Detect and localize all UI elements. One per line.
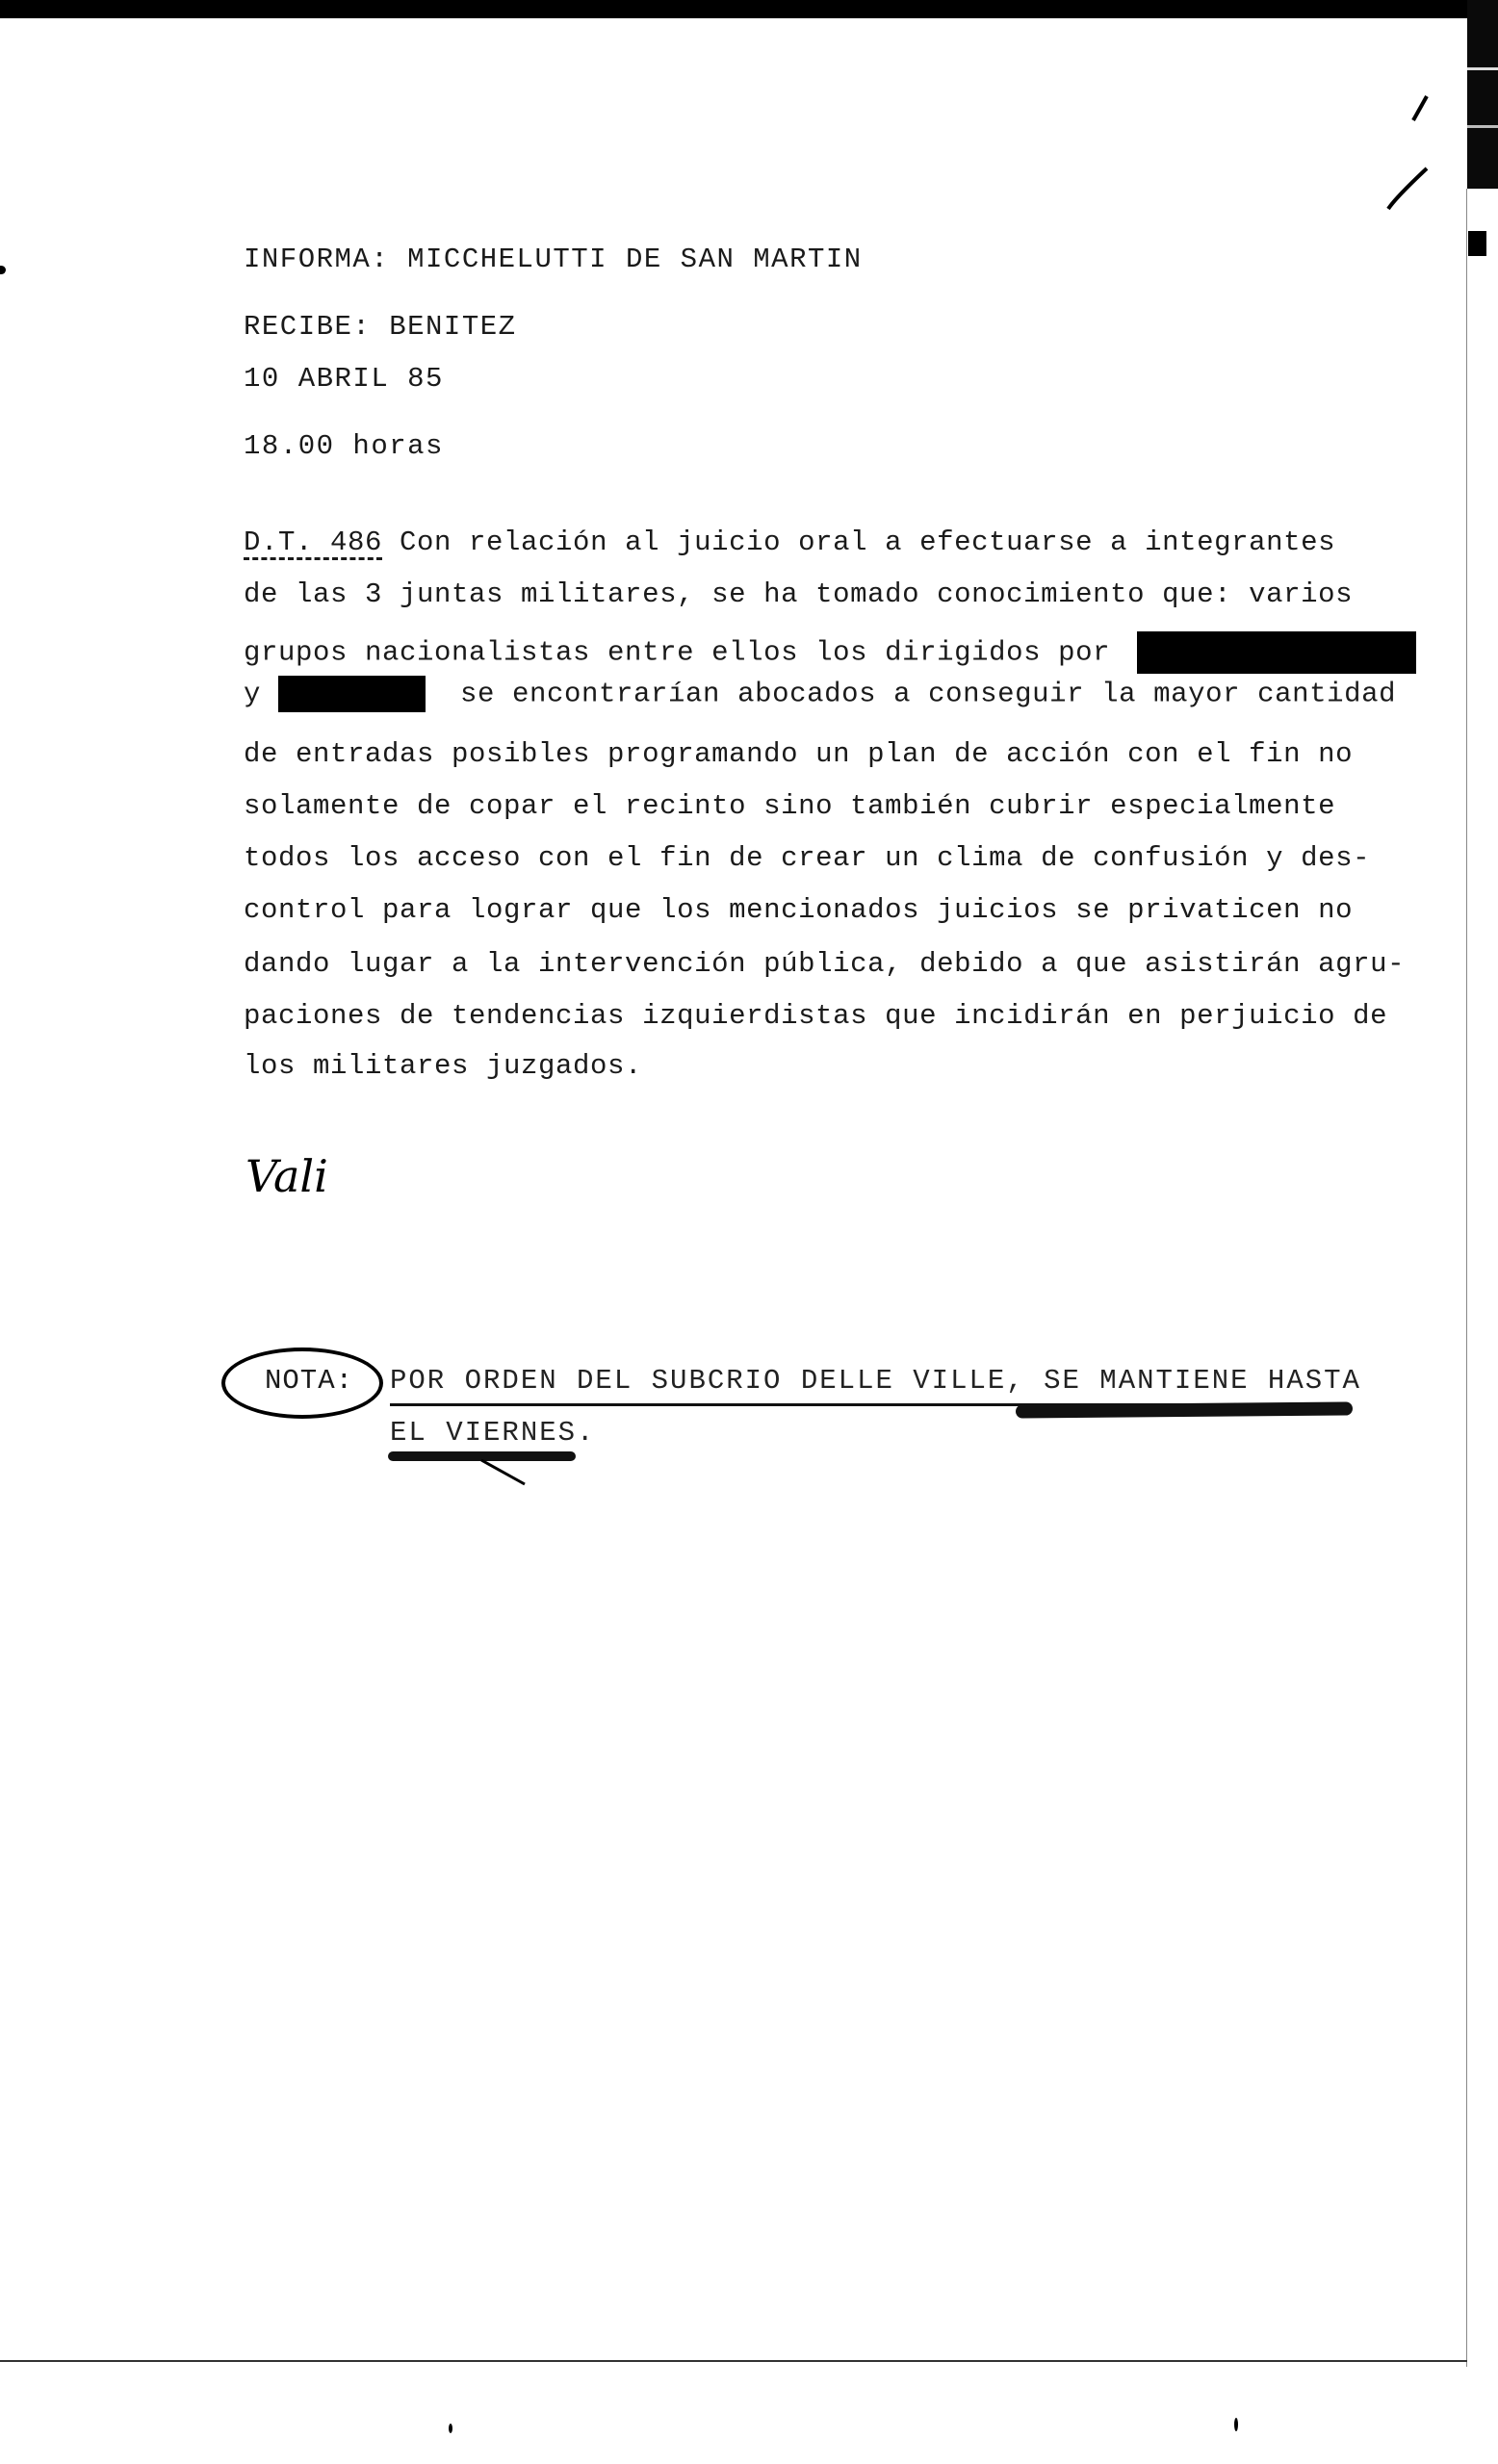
scan-top-border [0,0,1498,18]
body-line-1: D.T. 486 Con relación al juicio oral a e… [244,526,1335,560]
body-line-7: todos los acceso con el fin de crear un … [244,841,1370,876]
ink-scribble [1016,1401,1353,1418]
page-right-edge [1466,189,1467,2367]
scan-speck [1234,2418,1238,2431]
handwritten-initials: Vali [245,1150,328,1202]
page-bottom-edge [0,2360,1467,2362]
nota-label: NOTA: [265,1365,353,1397]
nota-line-1: POR ORDEN DEL SUBCRIO DELLE VILLE, SE MA… [390,1365,1361,1397]
reference-number: D.T. 486 [244,526,382,558]
nota-line-2: EL VIERNES. [390,1417,595,1449]
informa-line: INFORMA: MICCHELUTTI DE SAN MARTIN [244,243,863,277]
scan-speck [449,2424,452,2433]
time-line: 18.00 horas [244,429,444,464]
scan-edge-block [1468,231,1486,256]
redaction-box [278,676,426,712]
body-line-2: de las 3 juntas militares, se ha tomado … [244,577,1353,612]
pen-stroke [477,1455,534,1494]
body-line-5: de entradas posibles programando un plan… [244,737,1353,772]
body-line-3: grupos nacionalistas entre ellos los dir… [244,631,1416,674]
punch-hole-mark [0,266,6,274]
body-line-10: paciones de tendencias izquierdistas que… [244,999,1387,1034]
nota-section: NOTA: POR ORDEN DEL SUBCRIO DELLE VILLE,… [217,1347,1372,1501]
body-line-4: y se encontrarían abocados a conseguir l… [244,676,1396,712]
body-line-8: control para lograr que los mencionados … [244,893,1353,928]
body-line-9: dando lugar a la intervención pública, d… [244,947,1405,982]
redaction-box [1137,631,1416,674]
date-line: 10 ABRIL 85 [244,362,444,397]
handwritten-check-marks [1357,82,1444,217]
recibe-line: RECIBE: BENITEZ [244,310,517,345]
body-line-11: los militares juzgados. [244,1049,642,1084]
body-line-6: solamente de copar el recinto sino tambi… [244,789,1335,824]
scan-right-edge-artifact [1467,0,1498,189]
